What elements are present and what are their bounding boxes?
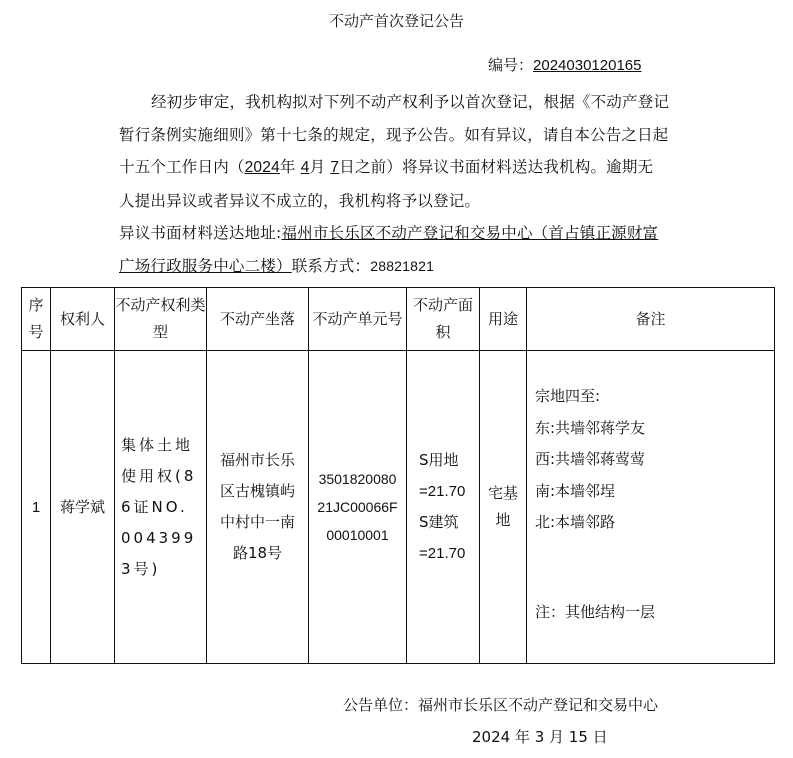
paragraph-line-1: 经初步审定，我机构拟对下列不动产权利予以首次登记，根据《不动产登记	[119, 86, 679, 119]
remarks-south: 南:本墙邻埕	[535, 476, 774, 508]
cell-unit-no: 3501820080 21JC00066F 00010001	[309, 351, 407, 664]
document-number: 编号：2024030120165	[488, 54, 641, 75]
deadline-suffix: 日之前）将异议书面材料送达我机构。逾期无	[339, 158, 653, 176]
area-land-label: S用地	[419, 445, 479, 476]
table-row: 1 蒋学斌 集体土地使用权(86证NO.0043993号) 福州市长乐区古槐镇屿…	[22, 351, 775, 664]
announcement-date: 2024 年 3 月 15 日	[472, 726, 608, 747]
header-remarks: 备注	[527, 288, 775, 351]
header-seq: 序号	[22, 288, 51, 351]
remarks-north: 北:本墙邻路	[535, 507, 774, 539]
area-building-label: S建筑	[419, 507, 479, 538]
announcing-unit: 公告单位：福州市长乐区不动产登记和交易中心	[343, 694, 658, 715]
area-building-value: =21.70	[419, 538, 479, 569]
deadline-day: 7	[330, 159, 339, 176]
remarks-spacer	[535, 539, 774, 597]
unit-no-line-2: 21JC00066F	[309, 493, 406, 521]
header-usage: 用途	[480, 288, 527, 351]
paragraph-line-2: 暂行条例实施细则》第十七条的规定，现予公告。如有异议，请自本公告之日起	[119, 119, 679, 152]
remarks-note: 注：其他结构一层	[535, 597, 774, 629]
cell-usage: 宅基地	[480, 351, 527, 664]
cell-location: 福州市长乐区古槐镇屿中村中一南路18号	[207, 351, 309, 664]
year-char: 年	[280, 158, 296, 176]
cell-remarks: 宗地四至: 东:共墙邻蒋学友 西:共墙邻蒋莺莺 南:本墙邻埕 北:本墙邻路 注：…	[527, 351, 775, 664]
remarks-west: 西:共墙邻蒋莺莺	[535, 444, 774, 476]
header-holder: 权利人	[51, 288, 115, 351]
unit-no-line-1: 3501820080	[309, 465, 406, 493]
table-header-row: 序号 权利人 不动产权利类型 不动产坐落 不动产单元号 不动产面积 用途 备注	[22, 288, 775, 351]
remarks-heading: 宗地四至:	[535, 381, 774, 413]
paragraph-line-4: 人提出异议或者异议不成立的，我机构将予以登记。	[119, 185, 679, 218]
address-value-part1: 福州市长乐区不动产登记和交易中心（首占镇正源财富	[281, 224, 658, 242]
remarks-east: 东:共墙邻蒋学友	[535, 413, 774, 445]
contact-value: 28821821	[370, 258, 434, 274]
announcement-paragraph: 经初步审定，我机构拟对下列不动产权利予以首次登记，根据《不动产登记 暂行条例实施…	[119, 86, 679, 282]
registration-table: 序号 权利人 不动产权利类型 不动产坐落 不动产单元号 不动产面积 用途 备注 …	[21, 287, 775, 664]
area-land-value: =21.70	[419, 476, 479, 507]
address-line-2: 广场行政服务中心二楼）联系方式：28821821	[119, 250, 679, 283]
document-number-value: 2024030120165	[533, 57, 641, 74]
paragraph-line-3: 十五个工作日内（2024年 4月 7日之前）将异议书面材料送达我机构。逾期无	[119, 151, 679, 185]
cell-right-type: 集体土地使用权(86证NO.0043993号)	[115, 351, 207, 664]
header-unit-no: 不动产单元号	[309, 288, 407, 351]
unit-no-line-3: 00010001	[309, 521, 406, 549]
header-location: 不动产坐落	[207, 288, 309, 351]
cell-holder: 蒋学斌	[51, 351, 115, 664]
cell-seq: 1	[22, 351, 51, 664]
page-title: 不动产首次登记公告	[0, 10, 793, 31]
header-right-type: 不动产权利类型	[115, 288, 207, 351]
document-number-label: 编号：	[488, 56, 533, 74]
month-char: 月	[310, 158, 326, 176]
address-label: 异议书面材料送达地址:	[119, 224, 281, 242]
deadline-month: 4	[301, 159, 310, 176]
cell-area: S用地 =21.70 S建筑 =21.70	[407, 351, 480, 664]
deadline-prefix: 十五个工作日内（	[119, 158, 245, 176]
deadline-year: 2024	[245, 159, 280, 176]
contact-label: 联系方式：	[292, 257, 371, 275]
address-value-part2: 广场行政服务中心二楼）	[119, 257, 292, 275]
address-line-1: 异议书面材料送达地址:福州市长乐区不动产登记和交易中心（首占镇正源财富	[119, 217, 679, 250]
header-area: 不动产面积	[407, 288, 480, 351]
